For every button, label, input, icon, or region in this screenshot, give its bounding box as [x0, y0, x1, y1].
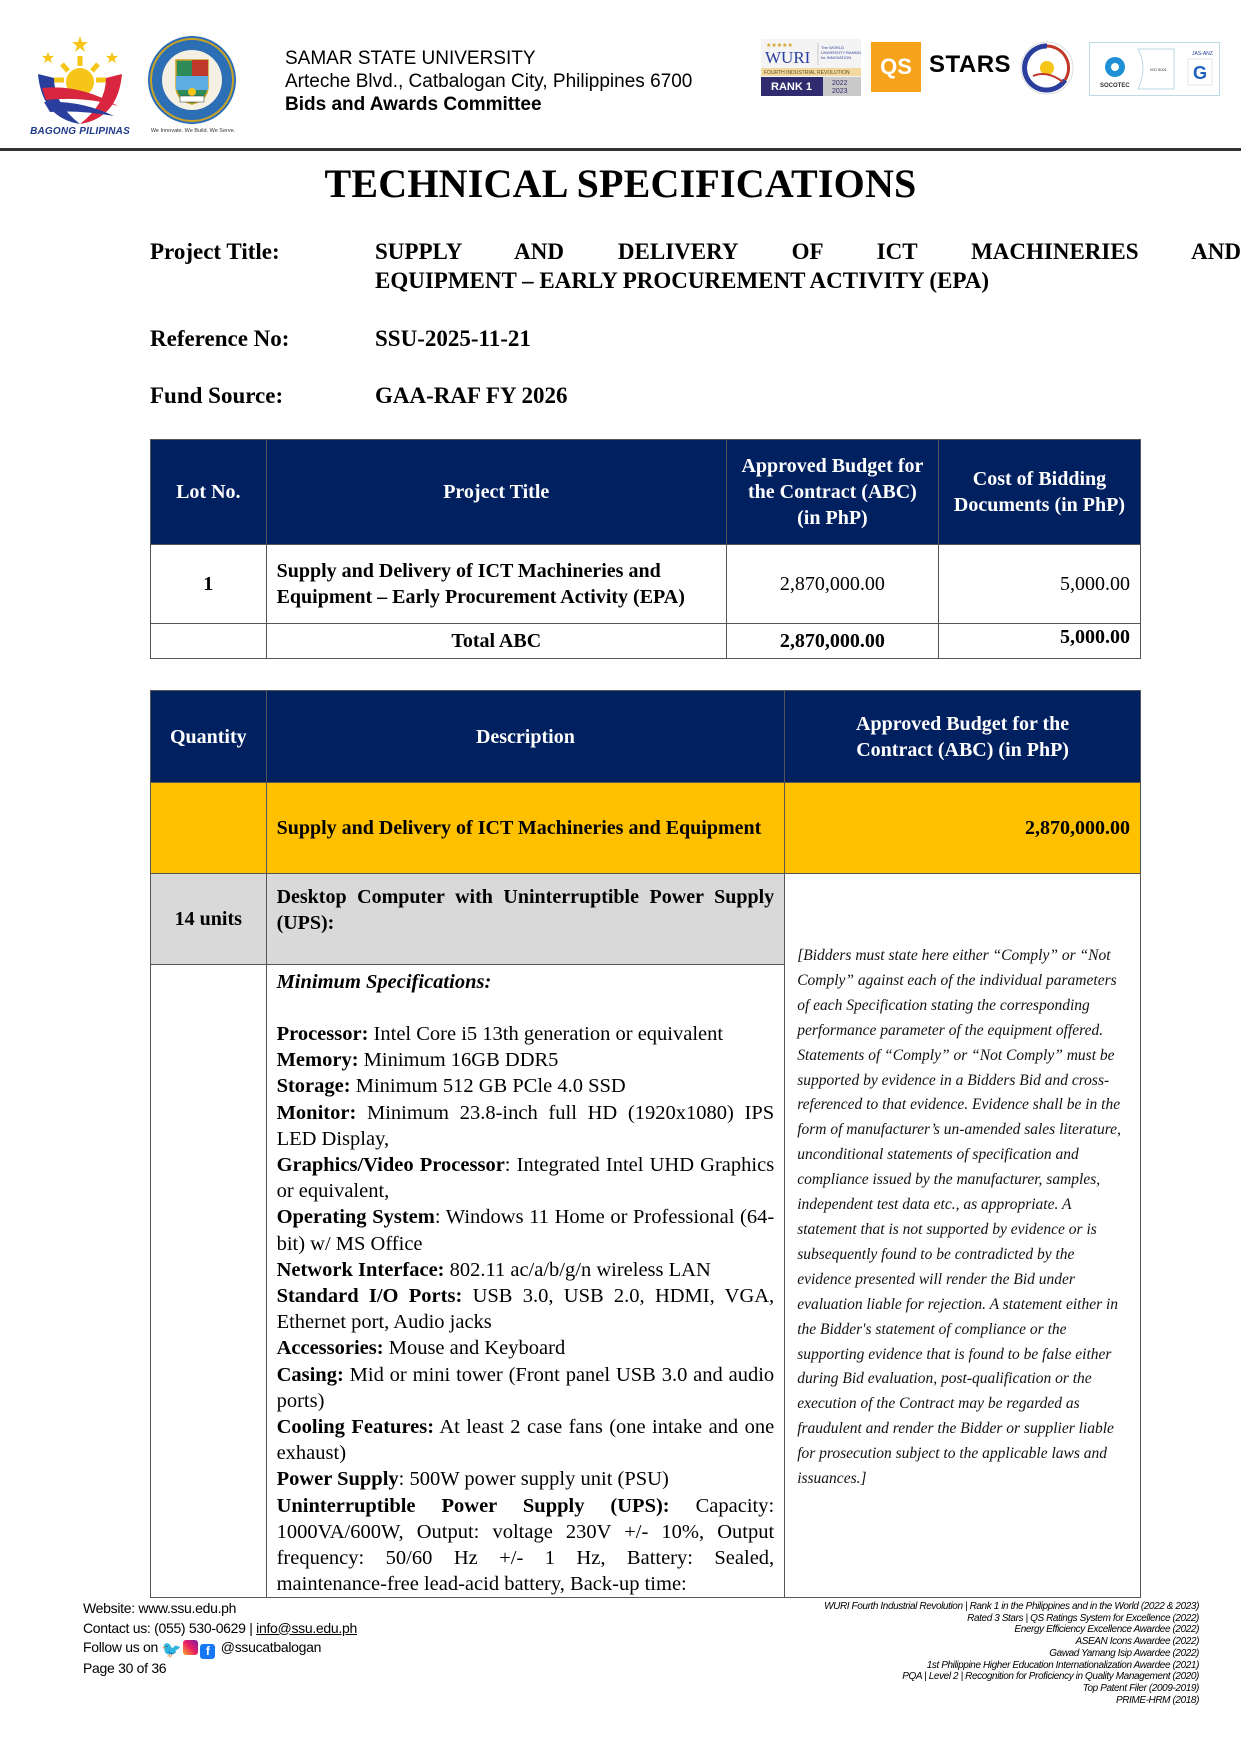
header-quantity: Quantity — [151, 691, 267, 783]
document-title: TECHNICAL SPECIFICATIONS — [0, 160, 1241, 207]
spec-label: Graphics/Video Processor — [277, 1154, 505, 1176]
svg-text:JAS-ANZ: JAS-ANZ — [1192, 51, 1213, 57]
spec-item: Casing: Mid or mini tower (Front panel U… — [277, 1362, 775, 1414]
spec-label: Standard I/O Ports: — [277, 1285, 463, 1307]
follow-label: Follow us on — [83, 1639, 162, 1655]
total-cost-bidding: 5,000.00 — [938, 624, 1140, 659]
item-name: Desktop Computer with Uninterruptible Po… — [266, 874, 785, 965]
item-row: 14 units Desktop Computer with Uninterru… — [151, 874, 1141, 965]
compliance-note: [Bidders must state here either “Comply”… — [797, 944, 1128, 1492]
wuri-badge: ★★★★★ WURI The WORLD UNIVERSITY RANKINGS… — [761, 39, 861, 96]
header-project-title: Project Title — [266, 440, 726, 545]
svg-text:RANK 1: RANK 1 — [771, 81, 812, 93]
spec-label: Memory: — [277, 1049, 359, 1071]
header-abc: Approved Budget for the Contract (ABC) (… — [785, 691, 1141, 783]
reference-label: Reference No: — [150, 324, 370, 353]
bagong-pilipinas-logo: BAGONG PILIPINAS — [24, 34, 136, 138]
spec-label: Cooling Features: — [277, 1416, 435, 1438]
twitter-icon[interactable]: 🐦 — [162, 1641, 182, 1656]
project-title-label: Project Title: — [150, 237, 370, 266]
university-address-block: SAMAR STATE UNIVERSITY Arteche Blvd., Ca… — [285, 47, 692, 116]
group-description: Supply and Delivery of ICT Machineries a… — [266, 783, 785, 874]
footer-social: Follow us on 🐦f @ssucatbalogan — [83, 1638, 357, 1659]
project-title-value: SUPPLY AND DELIVERY OF ICT MACHINERIES A… — [375, 237, 1241, 295]
svg-text:FOURTH INDUSTRIAL REVOLUTION: FOURTH INDUSTRIAL REVOLUTION — [764, 70, 850, 76]
footer-contact-line: Contact us: (055) 530-0629 | info@ssu.ed… — [83, 1619, 357, 1639]
group-abc: 2,870,000.00 — [785, 783, 1141, 874]
header-description: Description — [266, 691, 785, 783]
header-lot-no: Lot No. — [151, 440, 267, 545]
project-title-line-2: EQUIPMENT – EARLY PROCUREMENT ACTIVITY (… — [375, 266, 1241, 295]
spec-details-cell: Minimum Specifications: Processor: Intel… — [266, 965, 785, 1598]
lot-table: Lot No. Project Title Approved Budget fo… — [150, 439, 1141, 659]
bagong-pilipinas-text: BAGONG PILIPINAS — [24, 126, 136, 137]
header-abc: Approved Budget for the Contract (ABC) (… — [726, 440, 938, 545]
ssu-seal-logo: We Innovate. We Build. We Serve. — [142, 34, 242, 138]
spec-item: Accessories: Mouse and Keyboard — [277, 1335, 775, 1361]
svg-text:2023: 2023 — [832, 88, 848, 95]
spec-value: : 500W power supply unit (PSU) — [399, 1468, 669, 1490]
footer-email-link[interactable]: info@ssu.edu.ph — [256, 1620, 357, 1636]
university-name: SAMAR STATE UNIVERSITY — [285, 47, 692, 70]
socotec-iso-icon: SOCOTEC ISO 9001 JAS-ANZ G — [1090, 43, 1219, 95]
spec-item: Monitor: Minimum 23.8-inch full HD (1920… — [277, 1100, 775, 1152]
footer-contact: Website: www.ssu.edu.ph Contact us: (055… — [83, 1599, 357, 1679]
pqa-seal-icon — [1019, 40, 1075, 96]
lot-abc-cell: 2,870,000.00 — [726, 545, 938, 624]
spec-label: Power Supply — [277, 1468, 399, 1490]
award-line: 1st Philippine Higher Education Internat… — [639, 1660, 1199, 1672]
group-row: Supply and Delivery of ICT Machineries a… — [151, 783, 1141, 874]
award-line: Gawad Yamang Isip Awardee (2022) — [639, 1648, 1199, 1660]
spec-label: Operating System — [277, 1206, 435, 1228]
lot-project-title-cell: Supply and Delivery of ICT Machineries a… — [266, 545, 726, 624]
letterhead: BAGONG PILIPINAS We Innovate. We Build. … — [0, 0, 1241, 152]
page-number: Page 30 of 36 — [83, 1659, 357, 1679]
spec-label: Processor: — [277, 1023, 369, 1045]
spec-item: Graphics/Video Processor: Integrated Int… — [277, 1152, 775, 1204]
svg-text:G: G — [1193, 63, 1207, 83]
specifications-table: Quantity Description Approved Budget for… — [150, 690, 1141, 1598]
footer-phone: Contact us: (055) 530-0629 | — [83, 1620, 256, 1636]
spec-label: Accessories: — [277, 1337, 384, 1359]
ssu-seal-icon — [142, 34, 242, 126]
spec-value: Mouse and Keyboard — [384, 1337, 566, 1359]
total-label: Total ABC — [266, 624, 726, 659]
pqa-seal — [1019, 40, 1075, 96]
spec-item: Memory: Minimum 16GB DDR5 — [277, 1047, 775, 1073]
svg-text:ISO 9001: ISO 9001 — [1150, 67, 1168, 72]
table-row: 1 Supply and Delivery of ICT Machineries… — [151, 545, 1141, 624]
lot-no-cell: 1 — [151, 545, 267, 624]
spec-item: Power Supply: 500W power supply unit (PS… — [277, 1466, 775, 1492]
total-row: Total ABC 2,870,000.00 5,000.00 — [151, 624, 1141, 659]
office-name: Bids and Awards Committee — [285, 93, 692, 116]
spec-label: Storage: — [277, 1075, 351, 1097]
footer-awards: WURI Fourth Industrial Revolution | Rank… — [639, 1601, 1199, 1706]
spec-heading: Minimum Specifications: — [277, 969, 775, 995]
reference-value: SSU-2025-11-21 — [375, 324, 1241, 353]
bagong-pilipinas-emblem-icon — [24, 34, 136, 126]
award-line: Energy Efficiency Excellence Awardee (20… — [639, 1624, 1199, 1636]
spec-label: Monitor: — [277, 1102, 357, 1124]
spec-item: Uninterruptible Power Supply (UPS): Capa… — [277, 1493, 775, 1598]
spec-item: Processor: Intel Core i5 13th generation… — [277, 1021, 775, 1047]
facebook-icon[interactable]: f — [200, 1644, 215, 1659]
svg-text:for INNOVATION: for INNOVATION — [821, 55, 851, 60]
spec-list: Processor: Intel Core i5 13th generation… — [277, 1021, 775, 1597]
svg-text:WURI: WURI — [765, 48, 811, 67]
award-line: WURI Fourth Industrial Revolution | Rank… — [639, 1601, 1199, 1613]
wuri-rank-icon: ★★★★★ WURI The WORLD UNIVERSITY RANKINGS… — [761, 39, 861, 96]
award-line: ASEAN Icons Awardee (2022) — [639, 1636, 1199, 1648]
spec-item: Storage: Minimum 512 GB PCle 4.0 SSD — [277, 1073, 775, 1099]
fund-source-value: GAA-RAF FY 2026 — [375, 381, 1241, 410]
university-address: Arteche Blvd., Catbalogan City, Philippi… — [285, 70, 692, 93]
spec-quantity-empty — [151, 965, 267, 1598]
spec-item: Network Interface: 802.11 ac/a/b/g/n wir… — [277, 1257, 775, 1283]
lot-table-header: Lot No. Project Title Approved Budget fo… — [151, 440, 1141, 545]
spec-value: Intel Core i5 13th generation or equival… — [368, 1023, 723, 1045]
ssu-tagline: We Innovate. We Build. We Serve. — [138, 128, 248, 134]
total-empty-cell — [151, 624, 267, 659]
spec-value: 802.11 ac/a/b/g/n wireless LAN — [445, 1259, 711, 1281]
spec-table-header: Quantity Description Approved Budget for… — [151, 691, 1141, 783]
spec-value: Minimum 512 GB PCle 4.0 SSD — [351, 1075, 626, 1097]
fund-source-label: Fund Source: — [150, 381, 370, 410]
footer-website[interactable]: Website: www.ssu.edu.ph — [83, 1599, 357, 1619]
compliance-cell: [Bidders must state here either “Comply”… — [785, 874, 1141, 1598]
item-quantity: 14 units — [151, 874, 267, 965]
spec-value: Mid or mini tower (Front panel USB 3.0 a… — [277, 1364, 775, 1412]
qs-logo: QS — [871, 42, 921, 92]
socotec-iso-badge: SOCOTEC ISO 9001 JAS-ANZ G — [1089, 42, 1220, 96]
award-line: Rated 3 Stars | QS Ratings System for Ex… — [639, 1613, 1199, 1625]
award-line: PQA | Level 2 | Recognition for Proficie… — [639, 1671, 1199, 1683]
group-quantity-cell — [151, 783, 267, 874]
award-line: PRIME-HRM (2018) — [639, 1695, 1199, 1707]
spec-label: Casing: — [277, 1364, 344, 1386]
spec-item: Cooling Features: At least 2 case fans (… — [277, 1414, 775, 1466]
award-line: Top Patent Filer (2009-2019) — [639, 1683, 1199, 1695]
svg-text:SOCOTEC: SOCOTEC — [1100, 83, 1130, 89]
header-cost-bidding: Cost of Bidding Documents (in PhP) — [938, 440, 1140, 545]
project-title-line-1: SUPPLY AND DELIVERY OF ICT MACHINERIES A… — [375, 237, 1241, 266]
lot-cost-bidding-cell: 5,000.00 — [938, 545, 1140, 624]
header-divider — [0, 148, 1241, 151]
total-abc: 2,870,000.00 — [726, 624, 938, 659]
qs-stars-text: STARS — [929, 51, 1011, 79]
svg-text:2022: 2022 — [832, 80, 848, 87]
spec-item: Standard I/O Ports: USB 3.0, USB 2.0, HD… — [277, 1283, 775, 1335]
spec-label: Uninterruptible Power Supply (UPS): — [277, 1495, 670, 1517]
spec-value: Minimum 16GB DDR5 — [359, 1049, 559, 1071]
social-handle: @ssucatbalogan — [217, 1639, 321, 1655]
spec-label: Network Interface: — [277, 1259, 445, 1281]
instagram-icon[interactable] — [183, 1640, 198, 1655]
spec-item: Operating System: Windows 11 Home or Pro… — [277, 1204, 775, 1256]
